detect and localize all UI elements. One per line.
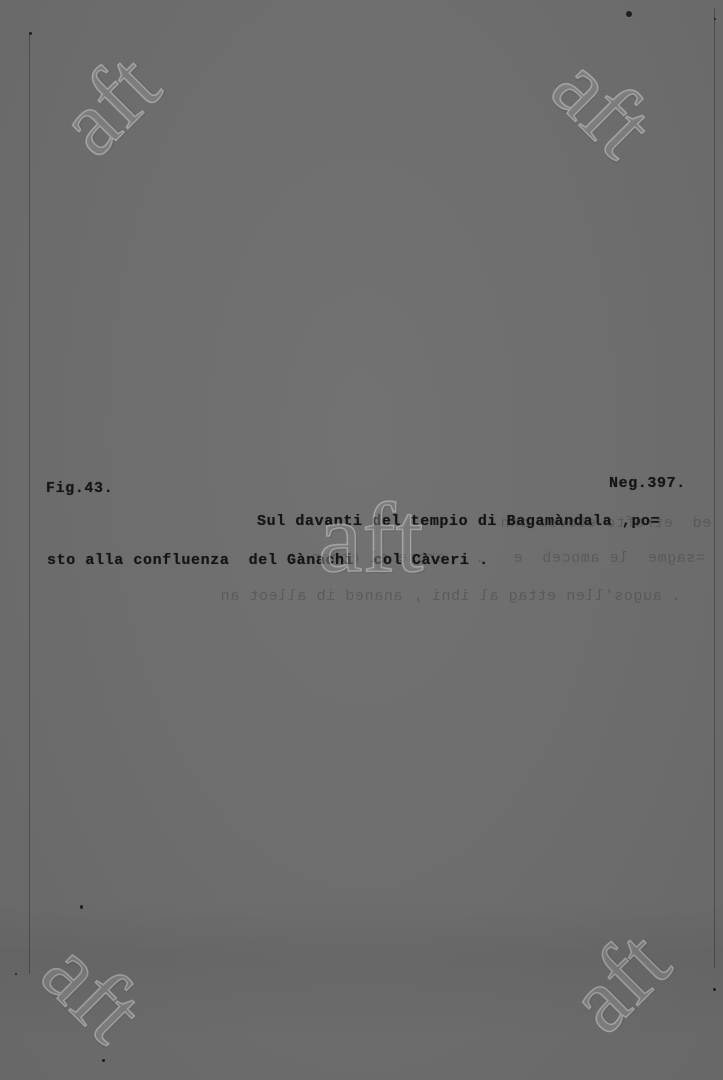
watermark-top-right: aft bbox=[537, 39, 671, 173]
ink-speck bbox=[713, 988, 716, 991]
ink-speck bbox=[15, 973, 17, 975]
show-through-line-3: . augos'llen ettag al ibni , ananed ib a… bbox=[220, 588, 681, 605]
right-page-edge-line bbox=[714, 8, 715, 968]
figure-label: Fig.43. bbox=[46, 480, 113, 497]
ink-speck bbox=[714, 18, 716, 20]
left-page-edge-line bbox=[29, 34, 30, 974]
watermark-bottom-left: aft bbox=[27, 924, 161, 1058]
ink-speck bbox=[102, 1059, 105, 1062]
scanned-page: ed etrefto etoved onn =sagme le amoceb e… bbox=[0, 0, 723, 1080]
watermark-center: aft bbox=[318, 488, 423, 588]
ink-speck bbox=[626, 11, 632, 17]
ink-speck bbox=[29, 32, 32, 35]
ink-speck bbox=[80, 905, 83, 909]
negative-label: Neg.397. bbox=[609, 475, 686, 492]
watermark-top-left: aft bbox=[42, 37, 176, 171]
watermark-bottom-right: aft bbox=[552, 914, 686, 1048]
